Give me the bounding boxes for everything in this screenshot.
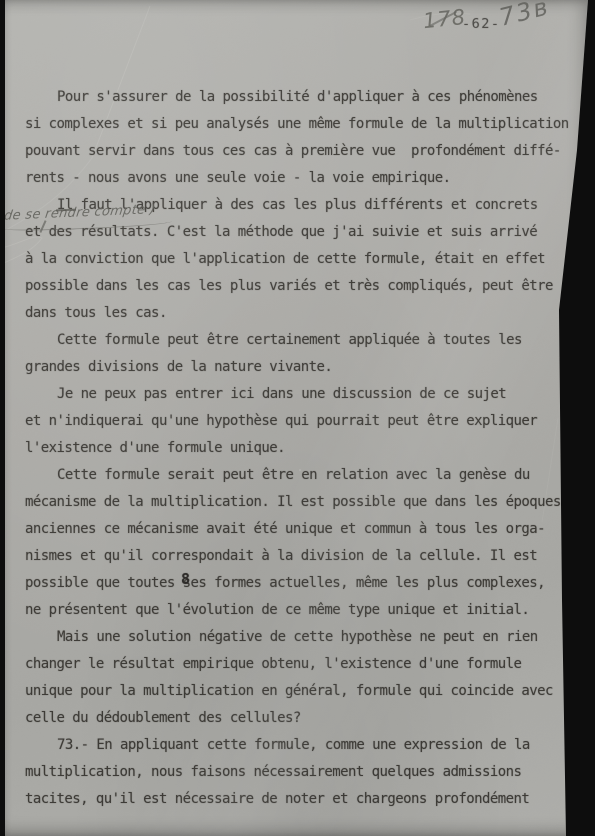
typescript-line: celle du dédoublement des cellules? <box>25 705 595 732</box>
typescript-line: Pour s'assurer de la possibilité d'appli… <box>25 84 595 111</box>
typescript-line: changer le résultat empirique obtenu, l'… <box>25 651 595 678</box>
typescript-line: et n'indiquerai qu'une hypothèse qui pou… <box>25 408 595 435</box>
typescript-line: l'existence d'une formule unique. <box>25 435 595 462</box>
typescript-line: ne présentent que l'évolution de ce même… <box>25 597 595 624</box>
typescript-line: anciennes ce mécanisme avait été unique … <box>25 516 595 543</box>
pencil-strike-mark <box>429 11 456 26</box>
typescript-line: si complexes et si peu analysés une même… <box>25 111 595 138</box>
typescript-line: unique pour la multiplication en général… <box>25 678 595 705</box>
typescript-line: tacites, qu'il est nécessaire de noter e… <box>25 786 595 813</box>
typescript-line: 73.- En appliquant cette formule, comme … <box>25 732 595 759</box>
overstrike-mark: 8 <box>181 570 190 588</box>
typescript-line: Mais une solution négative de cette hypo… <box>25 624 595 651</box>
typescript-line: Il faut l'appliquer à des cas les plus d… <box>25 192 595 219</box>
document-page: 178 -62- 73в Pour s'assurer de la possib… <box>0 0 595 836</box>
typescript-line: possible que toutes ses formes actuelles… <box>25 570 595 597</box>
typescript-line: multiplication, nous faisons nécessairem… <box>25 759 595 786</box>
handwritten-number-right: 73в <box>496 0 552 32</box>
page-number: -62- <box>462 16 501 32</box>
typescript-line: à la conviction que l'application de cet… <box>25 246 595 273</box>
typescript-line: rents - nous avons une seule voie - la v… <box>25 165 595 192</box>
typescript-line: dans tous les cas. <box>25 300 595 327</box>
typescript-line: Cette formule peut être certainement app… <box>25 327 595 354</box>
handwritten-number-left: 178 <box>422 5 467 33</box>
typescript-line: grandes divisions de la nature vivante. <box>25 354 595 381</box>
scan-background: 178 -62- 73в Pour s'assurer de la possib… <box>0 0 595 836</box>
typescript-line: Cette formule serait peut être en relati… <box>25 462 595 489</box>
typescript-line: mécanisme de la multiplication. Il est p… <box>25 489 595 516</box>
typescript-body: Pour s'assurer de la possibilité d'appli… <box>25 84 595 813</box>
typescript-line: possible dans les cas les plus variés et… <box>25 273 595 300</box>
typescript-line: Je ne peux pas entrer ici dans une discu… <box>25 381 595 408</box>
typescript-line: pouvant servir dans tous ces cas à premi… <box>25 138 595 165</box>
typescript-line: nismes et qu'il correspondait à la divis… <box>25 543 595 570</box>
